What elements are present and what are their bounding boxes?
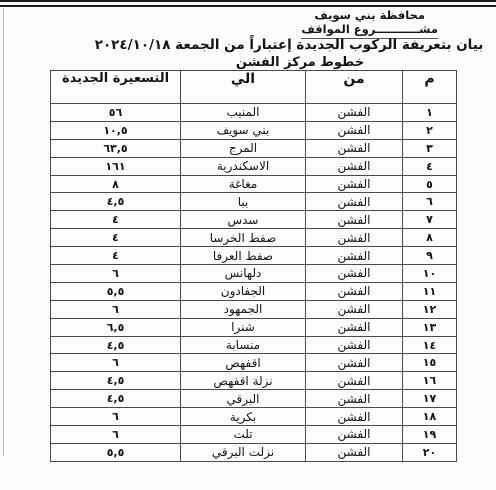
- origin-cell: الفشن: [306, 318, 403, 336]
- destination-cell: مغاغة: [181, 175, 306, 193]
- fare-cell: ٤,٥: [51, 390, 181, 408]
- table-row: ٢ الفشن بني سويف ١٠,٥: [51, 121, 457, 139]
- fare-cell: ١٠,٥: [51, 121, 181, 139]
- fare-cell: ٦: [51, 426, 181, 444]
- fare-cell: ٥٦: [51, 104, 181, 122]
- row-number-cell: ٥: [403, 175, 457, 193]
- destination-cell: المرج: [181, 139, 306, 157]
- destination-cell: بني سويف: [181, 121, 306, 139]
- origin-cell: الفشن: [306, 390, 403, 408]
- letterhead: محافظة بني سويف مشـــــــــــروع المواقف: [301, 8, 438, 39]
- table-row: ٩ الفشن صفط العرفا ٤: [51, 247, 457, 265]
- row-number-cell: ٩: [403, 247, 457, 265]
- table-row: ١٩ الفشن تلت ٦: [51, 426, 457, 444]
- origin-cell: الفشن: [306, 175, 403, 193]
- table-row: ٥ الفشن مغاغة ٨: [51, 175, 457, 193]
- origin-cell: الفشن: [306, 139, 403, 157]
- row-number-cell: ١٠: [403, 265, 457, 283]
- destination-cell: المنيب: [181, 104, 306, 122]
- origin-cell: الفشن: [306, 443, 403, 461]
- table-row: ١ الفشن المنيب ٥٦: [51, 104, 457, 122]
- origin-cell: الفشن: [306, 229, 403, 247]
- origin-cell: الفشن: [306, 282, 403, 300]
- destination-cell: نزلة اقفهص: [181, 372, 306, 390]
- destination-cell: صفط الخرسا: [181, 229, 306, 247]
- table-row: ١٧ الفشن البرقي ٤,٥: [51, 390, 457, 408]
- fare-cell: ٤: [51, 211, 181, 229]
- table-row: ٢٠ الفشن نزلت البرقي ٥,٥: [51, 443, 457, 461]
- row-number-cell: ١: [403, 104, 457, 122]
- table-row: ١١ الفشن الجفادون ٥,٥: [51, 282, 457, 300]
- fare-cell: ٦,٥: [51, 318, 181, 336]
- table-row: ١٥ الفشن اقفهص ٦: [51, 354, 457, 372]
- row-number-cell: ١٨: [403, 408, 457, 426]
- origin-cell: الفشن: [306, 372, 403, 390]
- fare-cell: ٦: [51, 354, 181, 372]
- row-number-cell: ٤: [403, 157, 457, 175]
- fare-cell: ٤: [51, 247, 181, 265]
- fare-cell: ١٦١: [51, 157, 181, 175]
- document-subtitle: خطوط مركز الفشن: [104, 55, 496, 70]
- origin-cell: الفشن: [306, 354, 403, 372]
- destination-cell: دلهانس: [181, 265, 306, 283]
- row-number-cell: ١٢: [403, 300, 457, 318]
- column-header-to: الي: [181, 71, 306, 104]
- table-row: ١٠ الفشن دلهانس ٦: [51, 265, 457, 283]
- page-top-border: [0, 0, 496, 7]
- table-row: ١٨ الفشن بكرية ٦: [51, 408, 457, 426]
- row-number-cell: ٨: [403, 229, 457, 247]
- row-number-cell: ٢٠: [403, 443, 457, 461]
- row-number-cell: ٣: [403, 139, 457, 157]
- destination-cell: بكرية: [181, 408, 306, 426]
- fare-cell: ٦: [51, 300, 181, 318]
- origin-cell: الفشن: [306, 265, 403, 283]
- scanned-document-page: محافظة بني سويف مشـــــــــــروع المواقف…: [0, 0, 496, 490]
- origin-cell: الفشن: [306, 247, 403, 265]
- fare-cell: ٥,٥: [51, 443, 181, 461]
- destination-cell: البرقي: [181, 390, 306, 408]
- table-row: ١٣ الفشن شنرا ٦,٥: [51, 318, 457, 336]
- origin-cell: الفشن: [306, 211, 403, 229]
- destination-cell: ببا: [181, 193, 306, 211]
- origin-cell: الفشن: [306, 426, 403, 444]
- table-header-row: م من الي التسعيرة الجديدة: [51, 71, 457, 104]
- origin-cell: الفشن: [306, 300, 403, 318]
- row-number-cell: ٧: [403, 211, 457, 229]
- destination-cell: الجمهود: [181, 300, 306, 318]
- row-number-cell: ١٤: [403, 336, 457, 354]
- table-row: ٣ الفشن المرج ٦٣,٥: [51, 139, 457, 157]
- fare-cell: ٦: [51, 265, 181, 283]
- destination-cell: نزلت البرقي: [181, 443, 306, 461]
- destination-cell: الجفادون: [181, 282, 306, 300]
- fare-cell: ٨: [51, 175, 181, 193]
- row-number-cell: ١٣: [403, 318, 457, 336]
- fare-cell: ٤,٥: [51, 372, 181, 390]
- destination-cell: شنرا: [181, 318, 306, 336]
- origin-cell: الفشن: [306, 104, 403, 122]
- fare-table: م من الي التسعيرة الجديدة ١ الفشن المنيب…: [50, 70, 457, 462]
- document-title: بيان بتعريفة الركوب الجديدة إعتباراً من …: [90, 37, 488, 53]
- destination-cell: سدس: [181, 211, 306, 229]
- row-number-cell: ١٧: [403, 390, 457, 408]
- row-number-cell: ٦: [403, 193, 457, 211]
- destination-cell: منسابة: [181, 336, 306, 354]
- origin-cell: الفشن: [306, 121, 403, 139]
- fare-table-body: ١ الفشن المنيب ٥٦ ٢ الفشن بني سويف ١٠,٥ …: [51, 104, 457, 462]
- destination-cell: الاسكندرية: [181, 157, 306, 175]
- table-row: ١٦ الفشن نزلة اقفهص ٤,٥: [51, 372, 457, 390]
- table-row: ٦ الفشن ببا ٤,٥: [51, 193, 457, 211]
- fare-cell: ٦٣,٥: [51, 139, 181, 157]
- page-left-border: [3, 8, 4, 456]
- row-number-cell: ١٥: [403, 354, 457, 372]
- destination-cell: اقفهص: [181, 354, 306, 372]
- origin-cell: الفشن: [306, 157, 403, 175]
- table-row: ١٤ الفشن منسابة ٤,٥: [51, 336, 457, 354]
- row-number-cell: ٢: [403, 121, 457, 139]
- table-row: ٧ الفشن سدس ٤: [51, 211, 457, 229]
- table-row: ٨ الفشن صفط الخرسا ٤: [51, 229, 457, 247]
- row-number-cell: ١١: [403, 282, 457, 300]
- row-number-cell: ١٩: [403, 426, 457, 444]
- fare-cell: ٤,٥: [51, 336, 181, 354]
- fare-cell: ٥,٥: [51, 282, 181, 300]
- fare-cell: ٤,٥: [51, 193, 181, 211]
- table-row: ٤ الفشن الاسكندرية ١٦١: [51, 157, 457, 175]
- table-row: ١٢ الفشن الجمهود ٦: [51, 300, 457, 318]
- origin-cell: الفشن: [306, 193, 403, 211]
- fare-cell: ٦: [51, 408, 181, 426]
- fare-cell: ٤: [51, 229, 181, 247]
- column-header-number: م: [403, 71, 457, 104]
- origin-cell: الفشن: [306, 408, 403, 426]
- destination-cell: تلت: [181, 426, 306, 444]
- governorate-name: محافظة بني سويف: [301, 8, 438, 22]
- row-number-cell: ١٦: [403, 372, 457, 390]
- destination-cell: صفط العرفا: [181, 247, 306, 265]
- column-header-fare: التسعيرة الجديدة: [51, 71, 181, 104]
- column-header-from: من: [306, 71, 403, 104]
- origin-cell: الفشن: [306, 336, 403, 354]
